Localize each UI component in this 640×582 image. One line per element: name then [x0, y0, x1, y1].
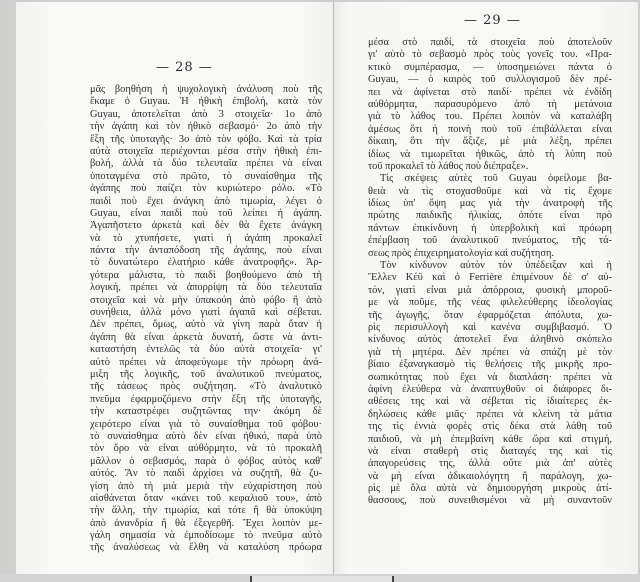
- text-line: ἀμέσως ὅτι ἡ ποινὴ ποὺ τοῦ ἐπιβάλλεται ε…: [368, 124, 612, 136]
- text-line: αὐθόρμητα, παρασυρόμενο ἀπὸ τὴ μετάνοια: [368, 99, 612, 111]
- text-line: νὰ μὴ εἶναι ἀδικαιολόγητη ἢ παράλογη, χω…: [368, 471, 612, 483]
- text-line: της τὶς ἐννιὰ φορὲς στὶς δέκα στὰ λάθη τ…: [368, 421, 612, 433]
- page-number-left: — 28 —: [156, 60, 213, 75]
- text-line: τόν, γιατὶ εἶναι μιὰ ἀπόρροια, φυσικὴ μπ…: [368, 285, 612, 297]
- text-line: Guyau, εἶναι παιδὶ ποὺ τοῦ λείπει ἡ ἀγάπ…: [90, 208, 322, 220]
- text-line: τὴν ἄλλη, τὴν τιμωρία, καὶ τότε ἢ θὰ ὑπο…: [90, 505, 322, 517]
- text-line: Guyau, ἀποτελεῖται ἀπὸ 3 στοιχεῖα· 1ο ἀπ…: [90, 109, 322, 121]
- text-line: πει νὰ ἀφίνεται στὸ παιδί· πρέπει νὰ ἐνδ…: [368, 87, 612, 99]
- text-line: σεως πρὸς ἐπιχειρηματολογία καὶ συζήτηση…: [368, 248, 612, 260]
- left-page-body: μᾶς βοηθήση ἡ ψυχολογικὴ ἀνάλυση ποὺ τῆς…: [90, 84, 322, 555]
- text-line: Δὲν πρέπει, ὅμως, αὐτὸ νὰ γίνη παρὰ ὅταν…: [90, 319, 322, 331]
- text-line: τῆς ἀγωγῆς, ὅταν ἐφαρμόζεται ἀπόλυτα, χω…: [368, 310, 612, 322]
- text-line: λογική, πρέπει νὰ ἀπορρίψη τὰ δύο τελευτ…: [90, 282, 322, 294]
- text-line: γάλη σημασία νὰ ἐμποδίσωμε τὸ πνεῦμα αὐτ…: [90, 530, 322, 542]
- text-line: αὐτὰ στοιχεῖα περιέχονται μέσα στὴν ἠθικ…: [90, 146, 322, 158]
- text-line: δίκαιη, ὅτι τὴν ἄξιζε, μὲ μιὰ λέξη, πρέπ…: [368, 136, 612, 148]
- text-line: παιδιοῦ, νὰ μὴ ἐπεμβαίνη κάθε ὥρα καὶ στ…: [368, 434, 612, 446]
- text-line: πάντων ἐπικίνδυνη ἡ ὑπερβολικὴ καὶ πρόωρ…: [368, 223, 612, 235]
- text-line: τὸ δυνατώτερο ἐλατήριο κάθε ἀνατροφῆς». …: [90, 257, 322, 269]
- text-line: Τὸν κίνδυνον αὐτὸν τὸν ὑπέδειξαν καὶ ἡ: [368, 260, 612, 272]
- text-line: ὑποταγμένα στὸ πρῶτο, τὸ συναίσθημα τῆς: [90, 171, 322, 183]
- text-line: ἐπέμβαση τοῦ ἀναλυτικοῦ πνεύματος, τῆς τ…: [368, 235, 612, 247]
- text-line: γότερα μάλιστα, τὸ παιδὶ βοηθούμενο ἀπὸ …: [90, 270, 322, 282]
- text-line: Τὶς σκέψεις αὐτὲς τοῦ Guyau ὀφείλομε βα-: [368, 173, 612, 185]
- text-line: θασσους, ποὺ συνειθισμένοι νὰ μὴ συναντο…: [368, 495, 612, 507]
- text-line: γίση ἀπὸ τὴ μιὰ μεριὰ τὴν εὐχαρίστηση πο…: [90, 481, 322, 493]
- text-line: ἀπὸ ἀνανδρία ἢ θὰ ἐξεγερθῆ. Ἔχει λοιπὸν …: [90, 518, 322, 530]
- text-line: στοιχεῖα καὶ νὰ μὴν ὑπακούη ἀπὸ φόβο ἢ ἀ…: [90, 295, 322, 307]
- text-line: τὸ συναίσθημα αὐτὸ δὲν εἶναι ἠθικό, παρὰ…: [90, 431, 322, 443]
- page-number-right: — 29 —: [464, 13, 521, 28]
- text-line: τῆς ἀναλύσεως νὰ ἔλθη νὰ καταλύση πρόωρα: [90, 542, 322, 554]
- text-line: δηλώσεις κάθε μιᾶς· πρέπει νὰ κλείνη τὰ …: [368, 409, 612, 421]
- scanner-edge-mark: [250, 576, 394, 582]
- text-line: αθέσεις της καὶ νὰ σέβεται τὶς ἰδιαίτερε…: [368, 396, 612, 408]
- text-line: ρὶς περισυλλογὴ καὶ κανένα συμβιβασμό. Ὁ: [368, 322, 612, 334]
- text-line: βολή, ἀλλὰ τὰ δύο τελευταῖα πρέπει νὰ εἶ…: [90, 158, 322, 170]
- text-line: πνεῦμα ἐφαρμοζόμενο στὴν ἕξη τῆς ὑποταγῆ…: [90, 394, 322, 406]
- text-line: αὐτὸ πρέπει νὰ ἀποφεύγωμε τὴν πρόωρη ἀνά…: [90, 357, 322, 369]
- text-line: μᾶς βοηθήση ἡ ψυχολογικὴ ἀνάλυση ποὺ τῆς: [90, 84, 322, 96]
- text-line: πρώτης παιδικῆς ἡλικίας, ὁπότε εἶναι πρὸ: [368, 210, 612, 222]
- text-line: τῆς τάσεως πρὸς συζήτηση. «Τὸ ἀναλυτικὸ: [90, 381, 322, 393]
- text-line: αἰσθάνεται ὅταν «κάνει τοῦ κεφαλιοῦ του»…: [90, 493, 322, 505]
- text-line: Ἀγαπῆστετο ἀρκετὰ καὶ δὲν θὰ ἔχετε ἀνάγκ…: [90, 220, 322, 232]
- text-line: ἀφίνη ἐλεύθερα νὰ ἀναπτυχθοῦν οἱ διάφορε…: [368, 384, 612, 396]
- open-book-spread: — 28 — μᾶς βοηθήση ἡ ψυχολογικὴ ἀνάλυση …: [6, 2, 638, 574]
- text-line: κτικὸ συμπέρασμα, — ὑποσημειώνει πάντα ὁ: [368, 62, 612, 74]
- text-line: παιδὶ ποὺ ἔχει ἀνάγκη ἀπὸ τιμωρία, λέγει…: [90, 196, 322, 208]
- text-line: ἀγάπης ποὺ παίζει τὸν κυριώτερο ρόλο. «Τ…: [90, 183, 322, 195]
- scanned-document: — 28 — μᾶς βοηθήση ἡ ψυχολογικὴ ἀνάλυση …: [0, 0, 640, 582]
- text-line: μιξη τῆς λογικῆς, τοῦ ἀναλυτικοῦ πνεύματ…: [90, 369, 322, 381]
- text-line: τὸν ὅρο νὰ εἶναι αὐθόρμητο, νὰ τὸ προκαλ…: [90, 443, 322, 455]
- text-line: νὰ τὸ χτυπήσετε, γιατὶ ἡ ἀγάπη προκαλεῖ: [90, 233, 322, 245]
- text-line: ἰδίως νὰ τιμωρεῖται ἠθικῶς, ἀπὸ τὴ λύπη …: [368, 149, 612, 161]
- text-line: γι' αὐτὸ τὸ σεβασμὸ πρὸς τοὺς γονεῖς του…: [368, 49, 612, 61]
- text-line: νὰ εἶναι σταθερὴ στὶς διαταγές της καὶ τ…: [368, 446, 612, 458]
- right-page: — 29 — μέσα στὸ παιδί, τὰ στοιχεῖα ποὺ ἀ…: [334, 2, 638, 574]
- text-line: πάντα τὴν ἀνταπόδοση τῆς ἀγάπης, ποὺ εἶν…: [90, 245, 322, 257]
- text-line: χειρότερο εἶναι γιὰ τὸ συναίσθημα τοῦ φό…: [90, 419, 322, 431]
- text-line: μᾶλλον ὁ σεβασμός, παρὰ ὁ φόβος αὐτὸς κα…: [90, 456, 322, 468]
- text-line: συνήθεια, ἀλλὰ μόνο γιατὶ ἀγαπᾶ καὶ σέβε…: [90, 307, 322, 319]
- text-line: Ἔλλεν Κέϋ καὶ ὁ Ferrière ἐπιμένουν δὲ σ'…: [368, 272, 612, 284]
- text-line: ἕξη τῆς ὑποταγῆς· 3ο ἀπὸ τὸν φόβο. Καὶ τ…: [90, 134, 322, 146]
- text-line: ἀπαγορεύσεις της, ἀλλὰ οὔτε μιὰ ἀπ' αὐτὲ…: [368, 458, 612, 470]
- text-line: βίαιο ἐξαναγκασμὸ τὶς θελήσεις τῆς μικρῆ…: [368, 359, 612, 371]
- text-line: ρὶς μὲ ὅλα αὐτὰ νὰ δημιουργήση μικροὺς ἀ…: [368, 483, 612, 495]
- text-line: τὴν καταστρέφει συζητῶντας την· ἀκόμη δὲ: [90, 406, 322, 418]
- text-line: μέσα στὸ παιδί, τὰ στοιχεῖα ποὺ ἀποτελοῦ…: [368, 37, 612, 49]
- text-line: τὴν ἀγάπη καὶ τὸν ἠθικὸ σεβασμό· 2ο ἀπὸ …: [90, 121, 322, 133]
- text-line: τοῦ προκαλεῖ τὸ λάθος ποὺ διέπραξε».: [368, 161, 612, 173]
- text-line: σωπικότητας ποὺ ἔχει νὰ διαπλάση· πρέπει…: [368, 372, 612, 384]
- text-line: κίνδυνος αὐτὸς ἀποτελεῖ ἕνα ἀληθινὸ σκόπ…: [368, 334, 612, 346]
- text-line: ἔκαμε ὁ Guyau. Ἡ ἠθικὴ ἐπιβολή, κατὰ τὸν: [90, 96, 322, 108]
- text-line: αὐτός. Ἂν τὸ παιδὶ ἀρχίσει νὰ συζητῆ, θὰ…: [90, 468, 322, 480]
- text-line: καταστήση ἐντελῶς τὰ δύο αὐτὰ στοιχεῖα· …: [90, 344, 322, 356]
- text-line: ἰδίως ὑπ' ὄψη μας γιὰ τὴν ἀνατροφὴ τῆς: [368, 198, 612, 210]
- text-line: με νὰ ποῦμε, τῆς νέας φιλελεύθερης ἰδεολ…: [368, 297, 612, 309]
- text-line: γιὰ τὸ λάθος του. Πρέπει λοιπὸν νὰ καταλ…: [368, 111, 612, 123]
- text-line: Guyau, — ὁ καιρὸς τοῦ συλλογισμοῦ δὲν πρ…: [368, 74, 612, 86]
- right-page-body: μέσα στὸ παιδί, τὰ στοιχεῖα ποὺ ἀποτελοῦ…: [368, 37, 612, 508]
- text-line: θειὰ νὰ τὶς στοχασθοῦμε καὶ νὰ τὶς ἔχομε: [368, 186, 612, 198]
- left-page: — 28 — μᾶς βοηθήση ἡ ψυχολογικὴ ἀνάλυση …: [16, 2, 334, 574]
- text-line: γιὰ τὴ μητέρα. Δὲν πρέπει νὰ σπάζη μὲ τὸ…: [368, 347, 612, 359]
- text-line: ἀγάπη θὰ εἶναι ἀρκετὰ δυνατή, ὥστε νὰ ἀν…: [90, 332, 322, 344]
